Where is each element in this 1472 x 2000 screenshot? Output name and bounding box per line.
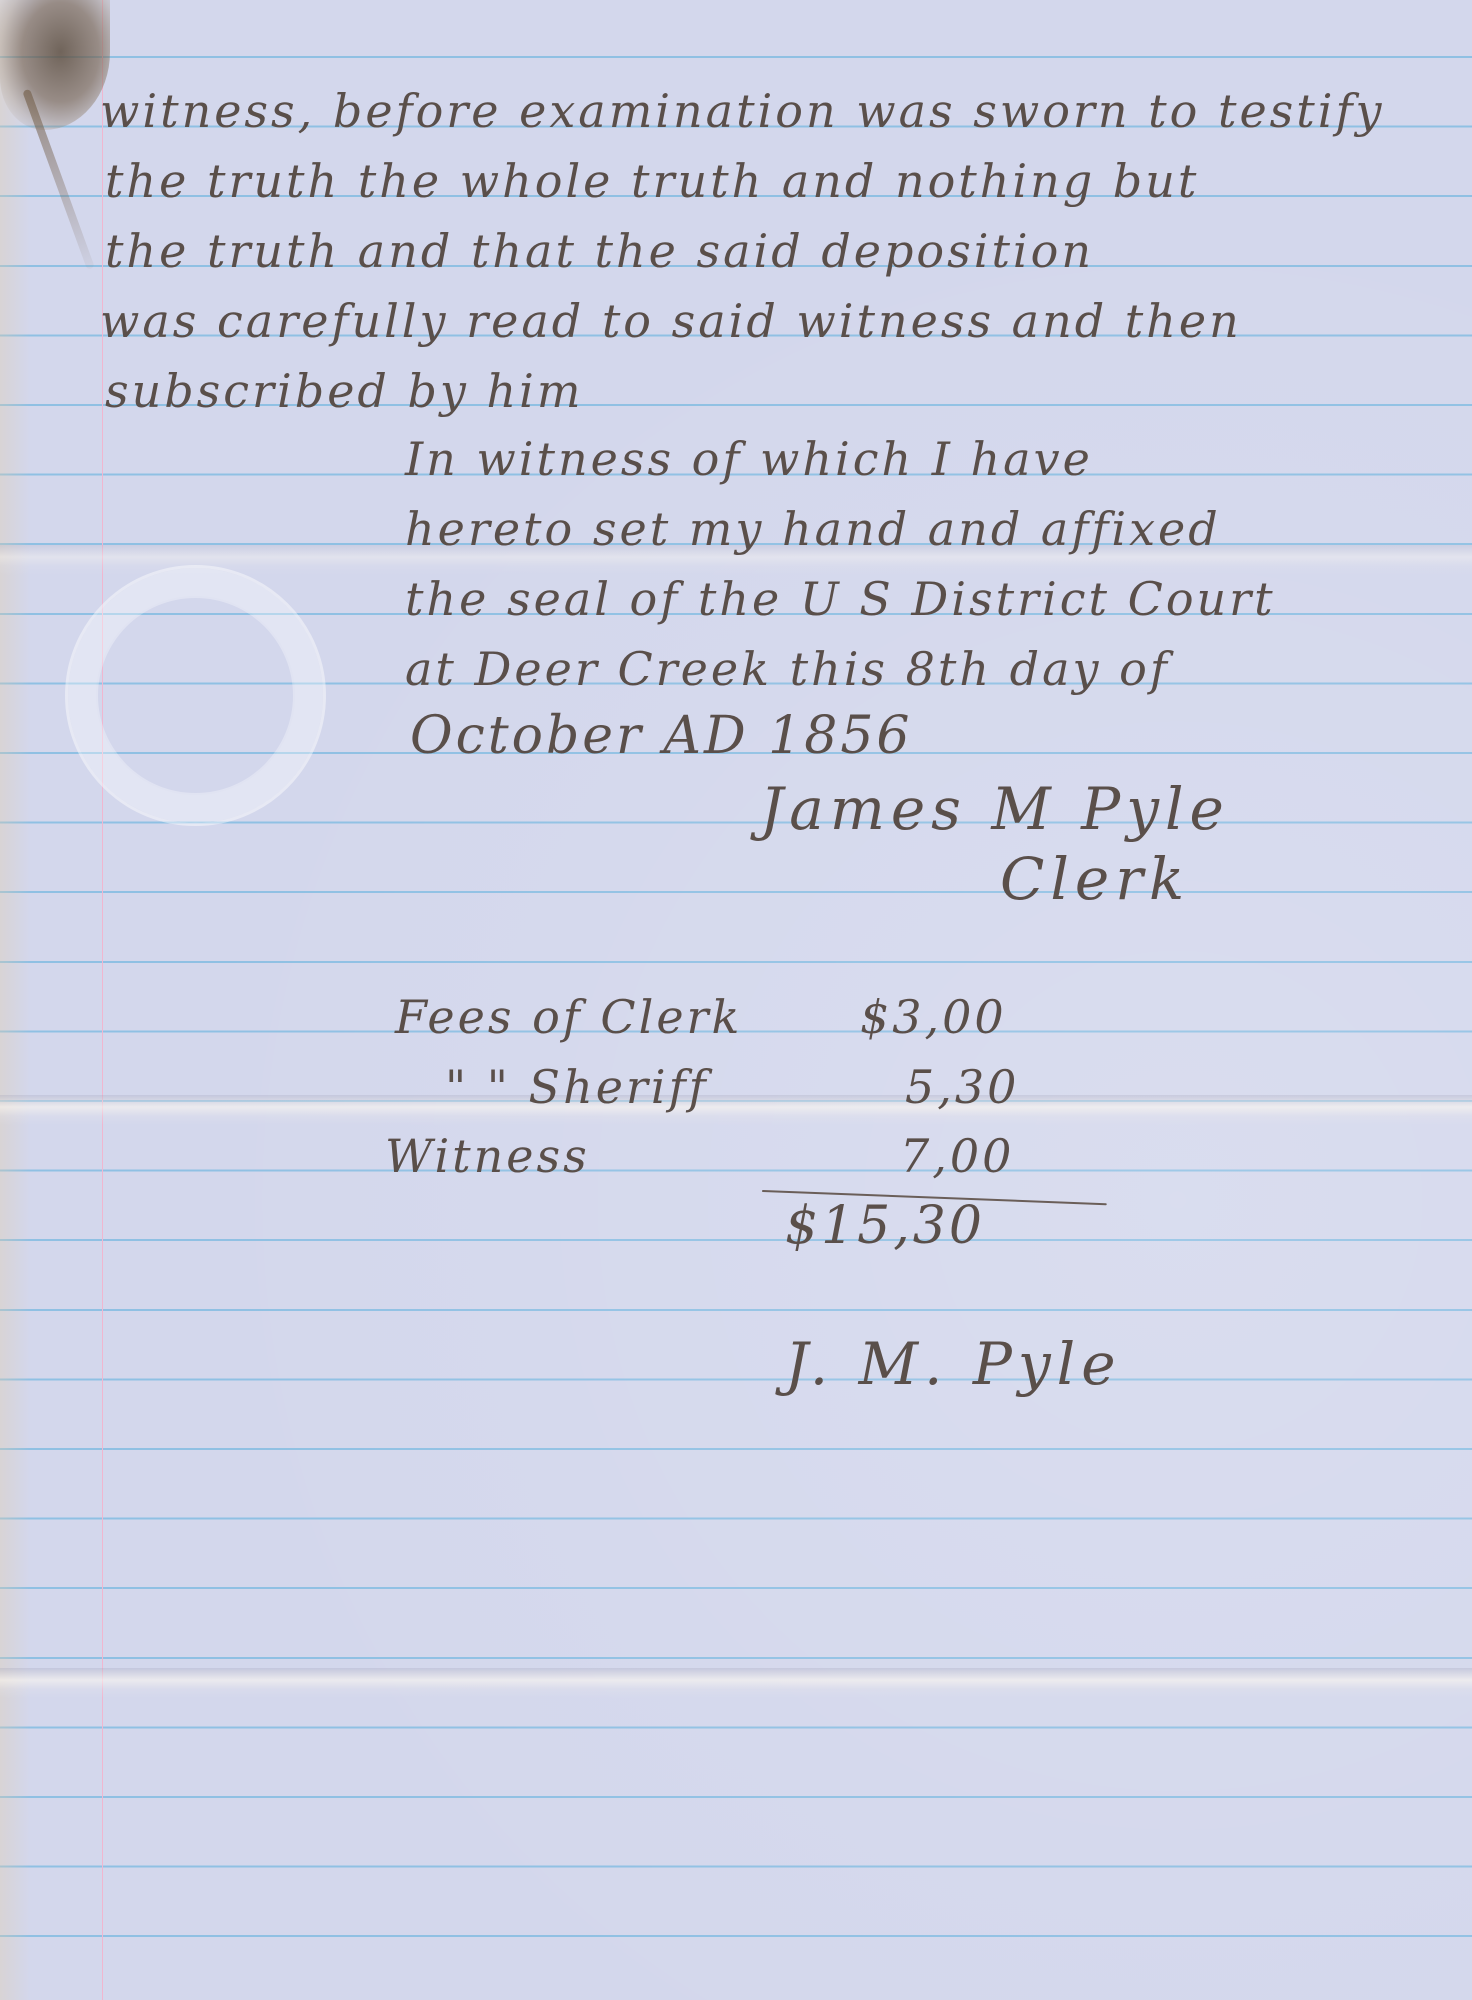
fold-crease [0, 1668, 1472, 1698]
attestation-date: October AD 1856 [410, 710, 913, 762]
fee-total: $15,30 [785, 1200, 985, 1252]
body-line: witness, before examination was sworn to… [100, 88, 1384, 134]
body-line: was carefully read to said witness and t… [100, 298, 1242, 344]
fee-amount: 5,30 [905, 1064, 1019, 1110]
fee-amount: $3,00 [860, 994, 1007, 1040]
fee-amount: 7,00 [900, 1133, 1014, 1179]
embossed-court-seal [65, 565, 326, 826]
attestation-line: hereto set my hand and affixed [405, 506, 1221, 552]
fee-label: Fees of Clerk [395, 994, 742, 1040]
attestation-line: the seal of the U S District Court [405, 576, 1276, 622]
attestation-line: In witness of which I have [405, 436, 1093, 482]
fold-crease [0, 1095, 1472, 1125]
attestation-line: at Deer Creek this 8th day of [405, 646, 1170, 692]
body-line: the truth and that the said deposition [105, 228, 1094, 274]
signature-name: James M Pyle [760, 780, 1230, 838]
fee-label: Witness [385, 1133, 590, 1179]
body-line: subscribed by him [105, 368, 584, 414]
fee-label: " " Sheriff [445, 1064, 709, 1110]
signature-title: Clerk [1000, 850, 1190, 908]
body-line: the truth the whole truth and nothing bu… [105, 158, 1199, 204]
initials-signature: J. M. Pyle [785, 1335, 1122, 1393]
